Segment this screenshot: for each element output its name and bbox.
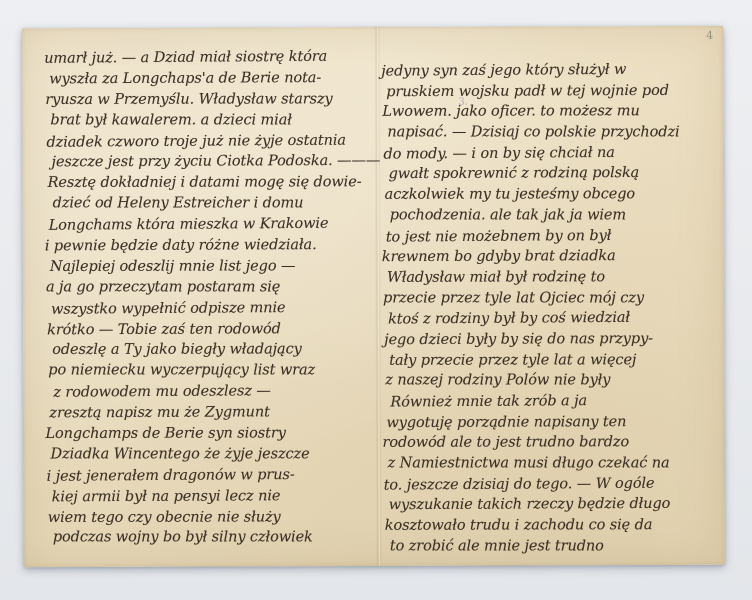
handwriting-line: gwałt spokrewnić z rodziną polską <box>382 163 720 185</box>
handwriting-line: wygotuję porządnie napisany ten <box>382 411 720 433</box>
handwriting-line: do mody. — i on by się chciał na <box>381 142 719 165</box>
handwriting-line: krewnem bo gdyby brat dziadka <box>382 246 720 268</box>
handwriting-line: kosztowało trudu i zachodu co się da <box>383 515 721 536</box>
handwriting-line: i jest jenerałem dragonów w prus- <box>46 464 380 487</box>
handwriting-line: dziadek czworo troje już nie żyje ostatn… <box>44 130 378 153</box>
left-page-text: umarł już. — a Dziad miał siostrę któraw… <box>44 47 380 550</box>
handwriting-line: to zrobić ale mnie jest trudno <box>383 536 721 557</box>
handwriting-line: jego dzieci były by się do nas przypy- <box>382 329 720 351</box>
handwriting-line: krótko — Tobie zaś ten rodowód <box>45 318 379 340</box>
handwriting-line: wyszła za Longchaps'a de Berie nota- <box>44 68 378 90</box>
handwriting-line: napisać. — Dzisiaj co polskie przychodzi <box>381 122 719 143</box>
handwriting-line: wiem tego czy obecnie nie służy <box>46 507 380 529</box>
handwriting-line: Władysław miał był rodzinę to <box>382 267 720 288</box>
handwriting-line: odeszlę a Ty jako biegły władający <box>45 340 379 362</box>
handwriting-line: rodowód ale to jest trudno bardzo <box>382 432 720 453</box>
right-page-text: jedyny syn zaś jego który służył wpruski… <box>381 60 721 558</box>
handwriting-line: Lwowem. jako oficer. to możesz mu <box>381 101 719 122</box>
handwriting-line: z naszej rodziny Polów nie były <box>382 371 720 392</box>
handwriting-line: ryusza w Przemyślu. Władysław starszy <box>44 89 378 111</box>
letter-sheet: 4 3. umarł już. — a Dziad miał siostrę k… <box>22 26 725 567</box>
handwriting-line: ktoś z rodziny był by coś wiedział <box>382 307 720 330</box>
handwriting-line: jedyny syn zaś jego który służył w <box>381 59 719 82</box>
handwriting-line: z Namiestnictwa musi długo czekać na <box>383 453 721 474</box>
handwriting-line: aczkolwiek my tu jesteśmy obcego <box>382 184 720 205</box>
handwriting-line: tały przecie przez tyle lat a więcej <box>382 350 720 371</box>
handwriting-line: to jest nie możebnem by on był <box>382 225 720 248</box>
handwriting-line: to. jeszcze dzisiaj do tego. — W ogóle <box>383 473 721 496</box>
handwriting-line: wszystko wypełnić odpisze mnie <box>45 297 379 320</box>
handwriting-line: dzieć od Heleny Estreicher i domu <box>45 194 379 215</box>
handwriting-line: wyszukanie takich rzeczy będzie długo <box>383 494 721 516</box>
handwriting-line: Resztę dokładniej i datami mogę się dowi… <box>45 173 379 195</box>
handwriting-line: zresztą napisz mu że Zygmunt <box>45 402 379 424</box>
handwriting-line: Najlepiej odeszlij mnie list jego — <box>45 256 379 278</box>
handwriting-line: podczas wojny bo był silny człowiek <box>46 528 380 549</box>
handwriting-line: Longchamps de Berie syn siostry <box>45 423 379 445</box>
handwriting-line: pochodzenia. ale tak jak ja wiem <box>382 205 720 226</box>
handwriting-line: Longchams która mieszka w Krakowie <box>45 213 379 236</box>
letter-scan-backdrop: 4 3. umarł już. — a Dziad miał siostrę k… <box>0 0 752 600</box>
handwriting-line: Również mnie tak zrób a ja <box>382 390 720 413</box>
handwriting-line: pruskiem wojsku padł w tej wojnie pod <box>381 80 719 102</box>
handwriting-line: brat był kawalerem. a dzieci miał <box>44 110 378 131</box>
handwriting-line: jeszcze jest przy życiu Ciotka Podoska. … <box>44 151 378 173</box>
handwriting-line: a ja go przeczytam postaram się <box>45 277 379 298</box>
handwriting-line: przecie przez tyle lat Ojciec mój czy <box>382 288 720 309</box>
handwriting-line: Dziadka Wincentego że żyje jeszcze <box>46 444 380 465</box>
handwriting-line: i pewnie będzie daty różne wiedziała. <box>45 235 379 257</box>
handwriting-line: umarł już. — a Dziad miał siostrę która <box>44 46 378 69</box>
corner-page-number: 4 <box>706 29 713 42</box>
handwriting-line: kiej armii był na pensyi lecz nie <box>46 485 380 507</box>
handwriting-line: z rodowodem mu odeszlesz — <box>45 381 379 404</box>
handwriting-line: po niemiecku wyczerpujący list wraz <box>45 361 379 382</box>
